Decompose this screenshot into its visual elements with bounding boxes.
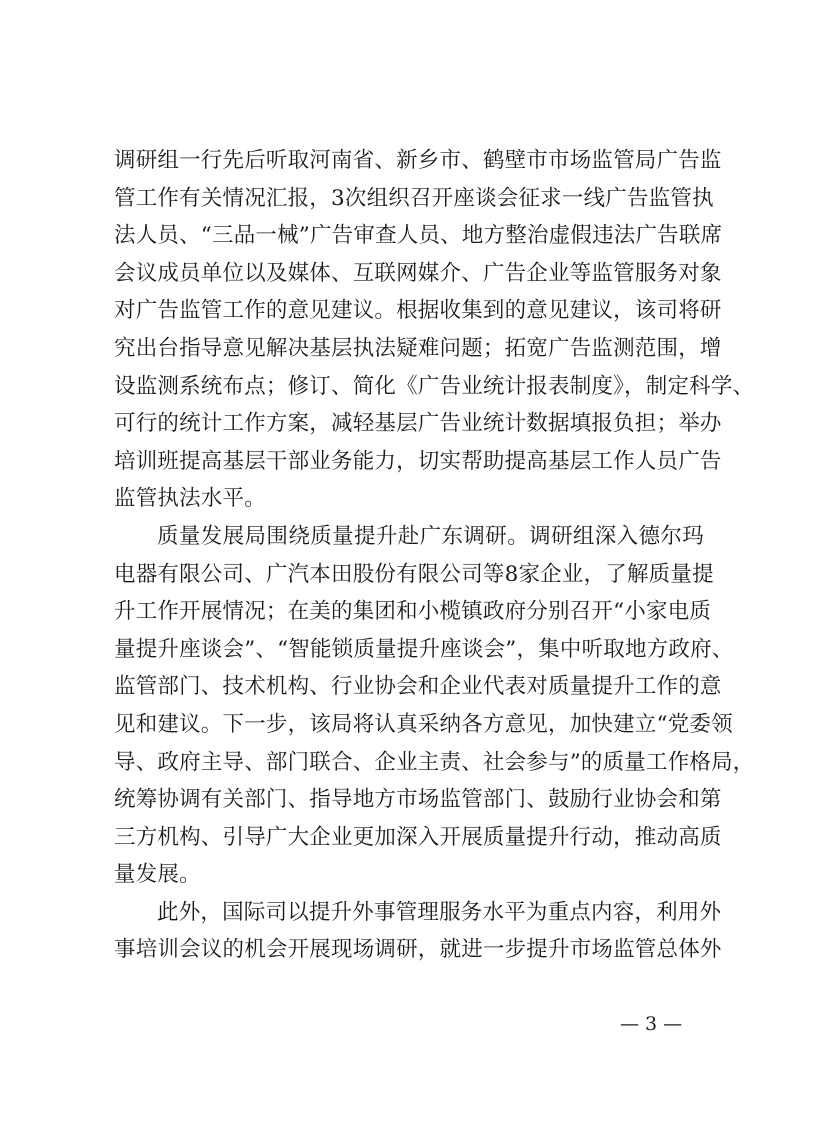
paragraph-international: 此外，国际司以提升外事管理服务水平为重点内容，利用外 事培训会议的机会开展现场调… [114,894,704,969]
text-line: 升工作开展情况；在美的集团和小榄镇政府分别召开“小家电质 [114,593,704,631]
text-line: 法人员、“三品一械”广告审查人员、地方整治虚假违法广告联席 [114,217,704,255]
text-line: 设监测系统布点；修订、简化《广告业统计报表制度》，制定科学、 [114,368,704,406]
paragraph-advertising-supervision: 调研组一行先后听取河南省、新乡市、鹤壁市市场监管局广告监 管工作有关情况汇报，3… [114,142,704,518]
text-line: 培训班提高基层干部业务能力，切实帮助提高基层工作人员广告 [114,443,704,481]
text-line: 调研组一行先后听取河南省、新乡市、鹤壁市市场监管局广告监 [114,142,704,180]
text-line: 对广告监管工作的意见建议。根据收集到的意见建议，该司将研 [114,292,704,330]
text-line: 监管执法水平。 [114,480,704,518]
text-line: 监管部门、技术机构、行业协会和企业代表对质量提升工作的意 [114,668,704,706]
text-line: 究出台指导意见解决基层执法疑难问题；拓宽广告监测范围，增 [114,330,704,368]
text-line: 可行的统计工作方案，减轻基层广告业统计数据填报负担；举办 [114,405,704,443]
text-line: 电器有限公司、广汽本田股份有限公司等8家企业，了解质量提 [114,556,704,594]
text-line: 量发展。 [114,856,704,894]
page-number: — 3 — [620,1013,682,1035]
text-line: 质量发展局围绕质量提升赴广东调研。调研组深入德尔玛 [114,518,704,556]
paragraph-quality-development: 质量发展局围绕质量提升赴广东调研。调研组深入德尔玛 电器有限公司、广汽本田股份有… [114,518,704,894]
text-line: 事培训会议的机会开展现场调研，就进一步提升市场监管总体外 [114,931,704,969]
document-page: 调研组一行先后听取河南省、新乡市、鹤壁市市场监管局广告监 管工作有关情况汇报，3… [0,0,816,1145]
text-line: 三方机构、引导广大企业更加深入开展质量提升行动，推动高质 [114,819,704,857]
text-line: 管工作有关情况汇报，3次组织召开座谈会征求一线广告监管执 [114,180,704,218]
document-body: 调研组一行先后听取河南省、新乡市、鹤壁市市场监管局广告监 管工作有关情况汇报，3… [114,142,704,969]
text-line: 此外，国际司以提升外事管理服务水平为重点内容，利用外 [114,894,704,932]
text-line: 会议成员单位以及媒体、互联网媒介、广告企业等监管服务对象 [114,255,704,293]
text-line: 统筹协调有关部门、指导地方市场监管部门、鼓励行业协会和第 [114,781,704,819]
text-line: 见和建议。下一步，该局将认真采纳各方意见，加快建立“党委领 [114,706,704,744]
text-line: 量提升座谈会”、“智能锁质量提升座谈会”，集中听取地方政府、 [114,631,704,669]
text-line: 导、政府主导、部门联合、企业主责、社会参与”的质量工作格局， [114,744,704,782]
